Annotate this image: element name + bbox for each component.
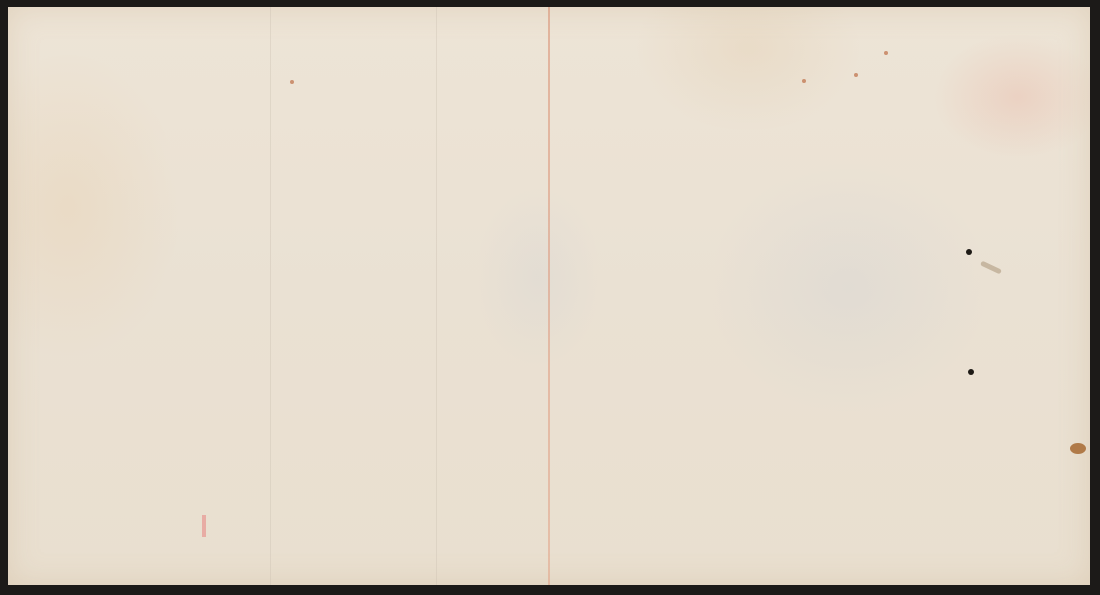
- red-ink-mark: [202, 515, 206, 537]
- faint-crease: [436, 7, 437, 585]
- pin-hole: [966, 249, 972, 255]
- rust-speck: [884, 51, 888, 55]
- faint-crease: [270, 7, 271, 585]
- rust-speck: [854, 73, 858, 77]
- brown-stain: [1070, 443, 1086, 454]
- rust-speck: [802, 79, 806, 83]
- smudge: [980, 261, 1002, 275]
- banknote-paper: 37R 924539: [8, 7, 1090, 585]
- center-fold-line: [548, 7, 550, 585]
- mirrored-serial-number: 37R 924539: [0, 485, 30, 525]
- rust-speck: [290, 80, 294, 84]
- pin-hole: [968, 369, 974, 375]
